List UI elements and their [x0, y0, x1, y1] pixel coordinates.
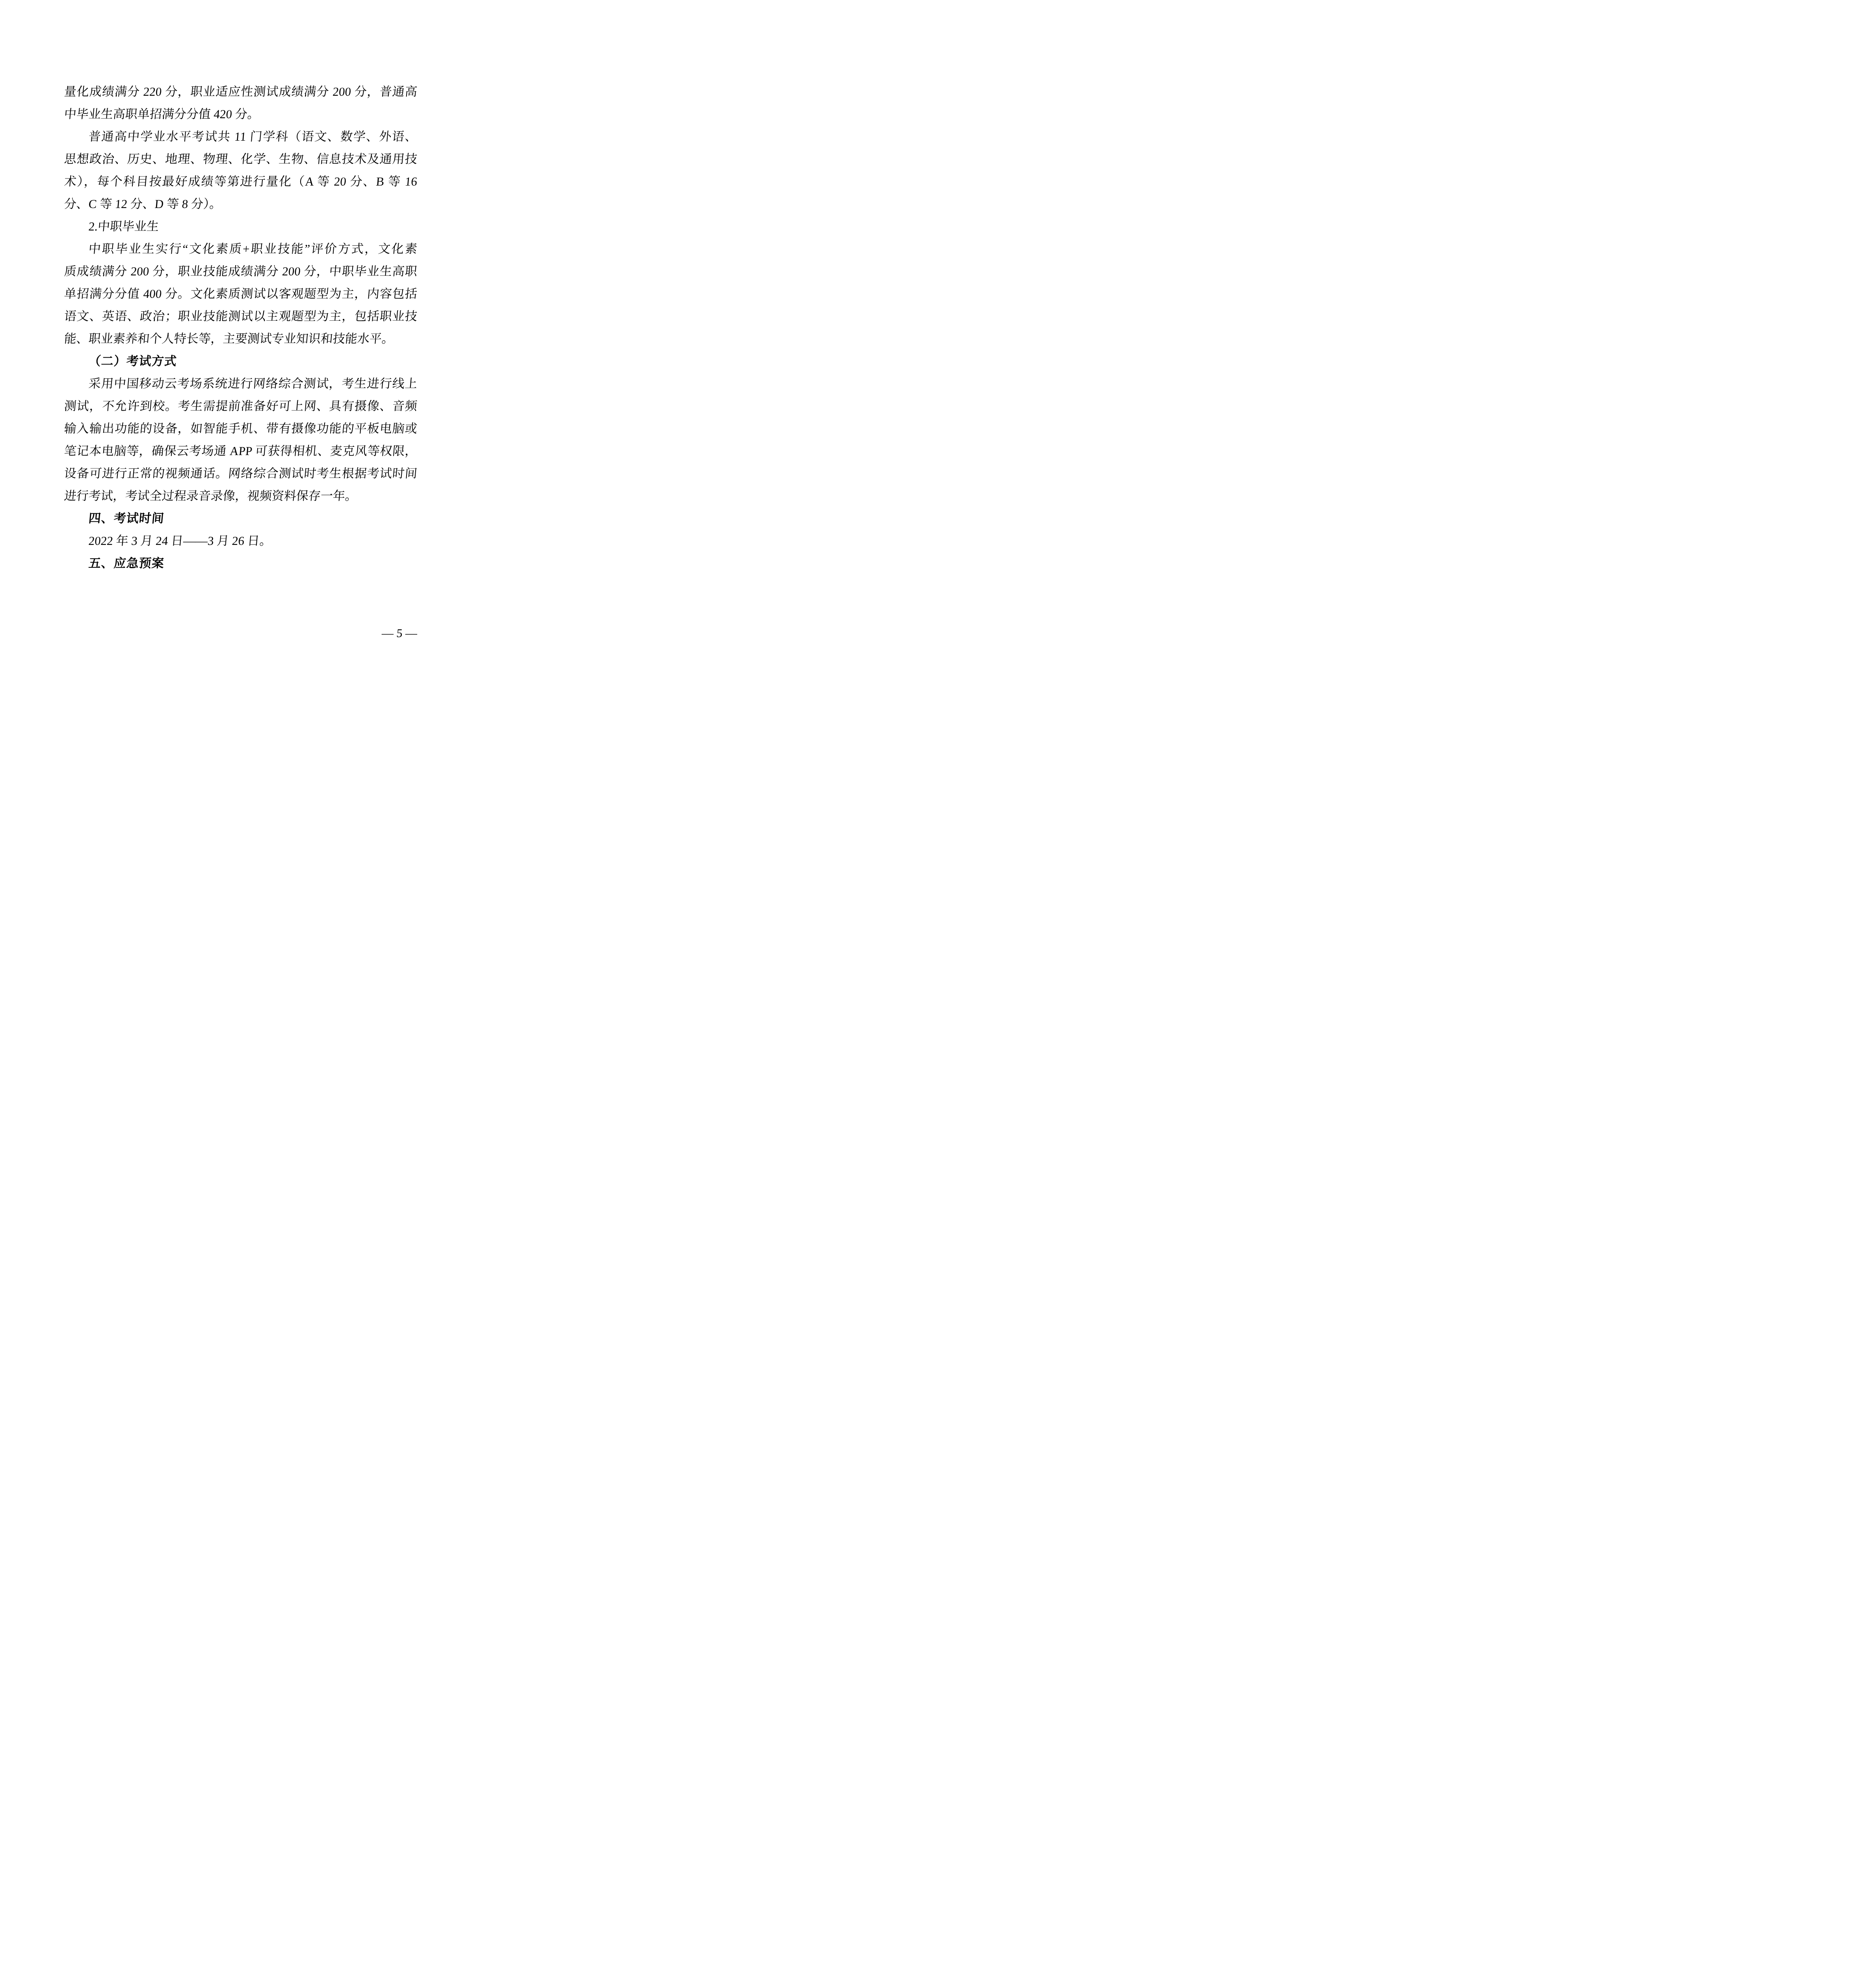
text-line: 测试，不允许到校。考生需提前准备好可上网、具有摄像、音频: [63, 395, 418, 417]
document-page: 量化成绩满分 220 分，职业适应性测试成绩满分 200 分，普通高中毕业生高职…: [0, 0, 469, 663]
text-line: 设备可进行正常的视频通话。网络综合测试时考生根据考试时间: [63, 462, 418, 485]
text-line: 中职毕业生实行“文化素质+职业技能”评价方式，文化素: [63, 238, 418, 260]
text-line: 能、职业素养和个人特长等，主要测试专业知识和技能水平。: [63, 327, 418, 350]
text-line: 进行考试，考试全过程录音录像，视频资料保存一年。: [63, 485, 418, 507]
text-line: 思想政治、历史、地理、物理、化学、生物、信息技术及通用技: [63, 148, 418, 170]
text-line: 普通高中学业水平考试共 11 门学科（语文、数学、外语、: [63, 125, 418, 148]
text-line: 四、考试时间: [63, 507, 418, 530]
text-line: 输入输出功能的设备，如智能手机、带有摄像功能的平板电脑或: [63, 417, 418, 440]
text-line: 单招满分分值 400 分。文化素质测试以客观题型为主，内容包括: [63, 282, 418, 305]
paragraph: 中职毕业生实行“文化素质+职业技能”评价方式，文化素质成绩满分 200 分，职业…: [64, 238, 417, 350]
text-line: 2022 年 3 月 24 日——3 月 26 日。: [63, 530, 418, 552]
section-heading: 五、应急预案: [64, 552, 417, 574]
section-heading: 四、考试时间: [64, 507, 417, 530]
paragraph: 采用中国移动云考场系统进行网络综合测试，考生进行线上测试，不允许到校。考生需提前…: [64, 372, 417, 507]
paragraph: 普通高中学业水平考试共 11 门学科（语文、数学、外语、思想政治、历史、地理、物…: [64, 125, 417, 215]
text-line: 五、应急预案: [63, 552, 418, 574]
section-heading: （二）考试方式: [64, 350, 417, 372]
document-body: 量化成绩满分 220 分，职业适应性测试成绩满分 200 分，普通高中毕业生高职…: [64, 80, 417, 574]
text-line: 质成绩满分 200 分，职业技能成绩满分 200 分，中职毕业生高职: [63, 260, 418, 282]
paragraph: 量化成绩满分 220 分，职业适应性测试成绩满分 200 分，普通高中毕业生高职…: [64, 80, 417, 125]
text-line: 采用中国移动云考场系统进行网络综合测试，考生进行线上: [63, 372, 418, 395]
paragraph: 2022 年 3 月 24 日——3 月 26 日。: [64, 530, 417, 552]
text-line: 笔记本电脑等，确保云考场通 APP 可获得相机、麦克风等权限，: [63, 440, 418, 462]
text-line: （二）考试方式: [63, 350, 418, 372]
page-number: — 5 —: [381, 626, 418, 641]
text-line: 量化成绩满分 220 分，职业适应性测试成绩满分 200 分，普通高: [63, 80, 418, 103]
text-line: 2.中职毕业生: [63, 215, 418, 238]
text-line: 语文、英语、政治；职业技能测试以主观题型为主，包括职业技: [63, 305, 418, 327]
text-line: 中毕业生高职单招满分分值 420 分。: [63, 103, 418, 125]
text-line: 术），每个科目按最好成绩等第进行量化（A 等 20 分、B 等 16: [63, 170, 418, 193]
paragraph: 2.中职毕业生: [64, 215, 417, 238]
text-line: 分、C 等 12 分、D 等 8 分）。: [63, 193, 418, 215]
